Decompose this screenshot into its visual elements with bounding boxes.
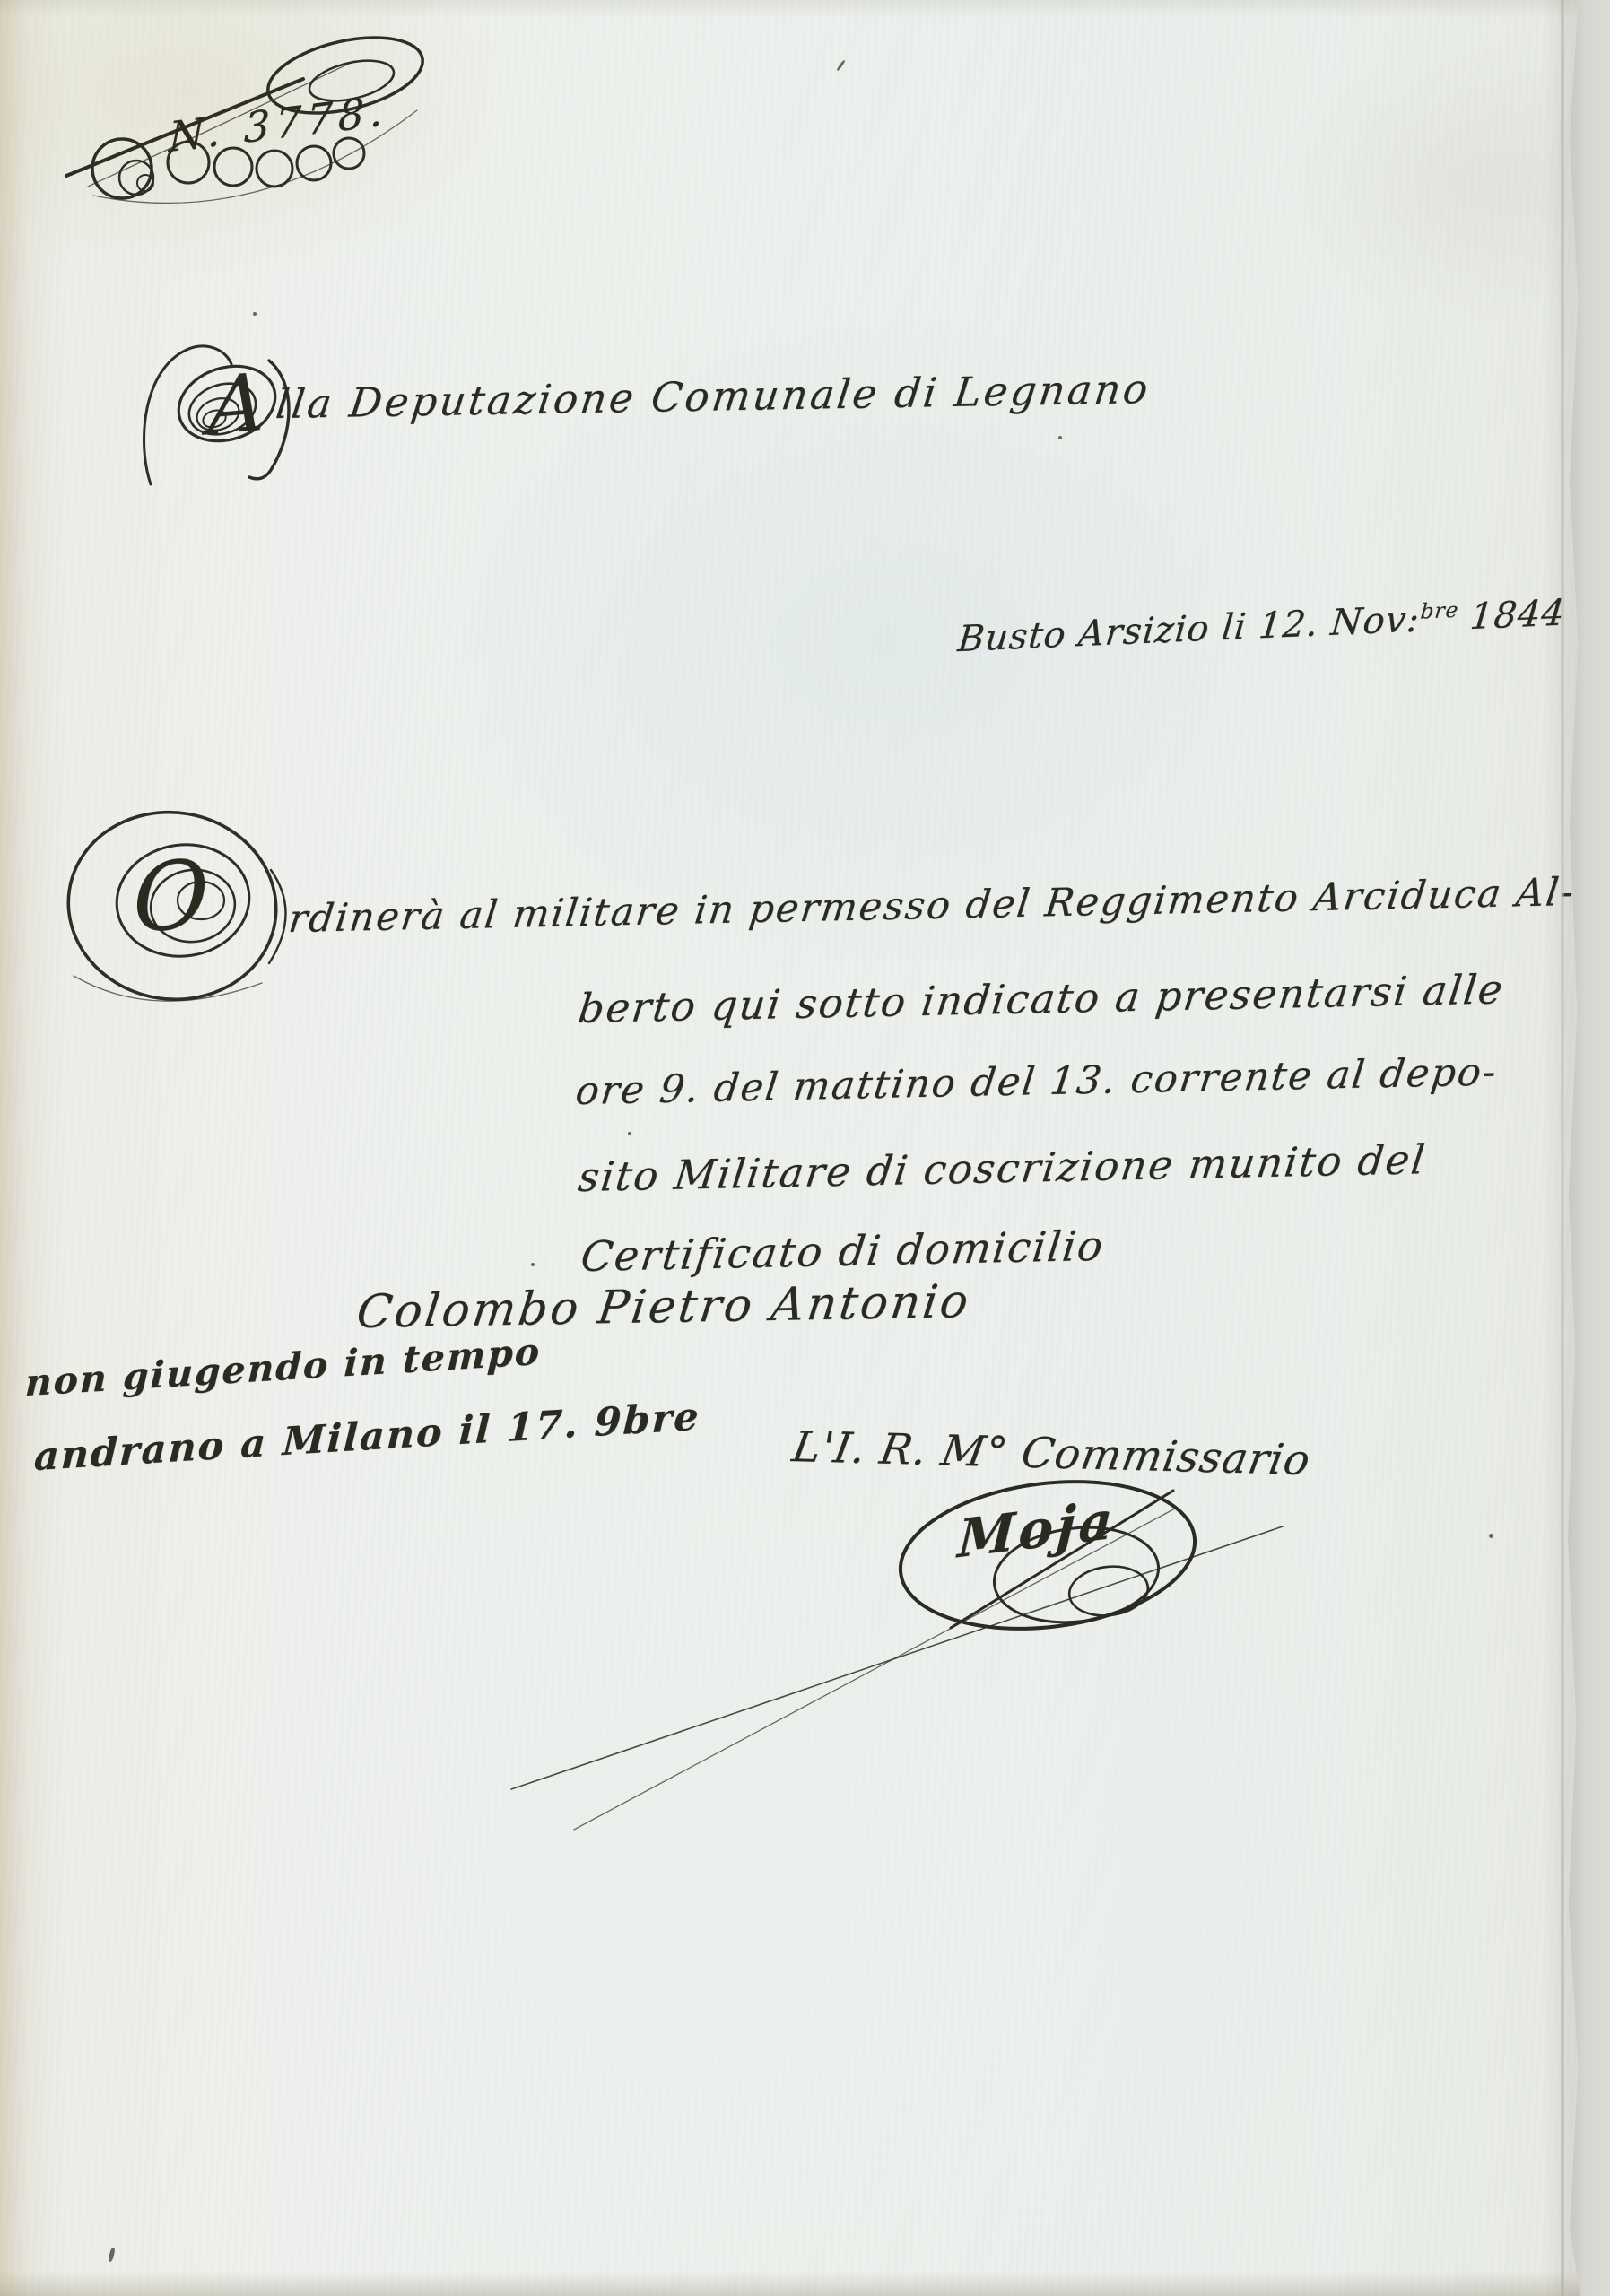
ink-speck bbox=[1058, 436, 1062, 439]
ink-speck bbox=[1489, 1534, 1493, 1538]
manuscript-page: N. 3778. A lla Deputazione Comunale di L… bbox=[0, 0, 1610, 2296]
dateline: Busto Arsizio li 12. Nov:bre 1844 bbox=[956, 592, 1567, 660]
dateline-month-suffix: bre bbox=[1419, 598, 1459, 624]
salutation-initial-letter: A bbox=[207, 355, 265, 453]
ink-speck bbox=[253, 312, 257, 316]
ink-speck bbox=[628, 1132, 631, 1135]
margin-note-line: non giugendo in tempo bbox=[24, 1330, 542, 1405]
margin-note-line: andrano a Milano il 17. 9bre bbox=[33, 1394, 701, 1480]
paper-edge-shadow bbox=[1561, 0, 1564, 2296]
body-line: sito Militare di coscrizione munito del bbox=[576, 1135, 1429, 1201]
ink-speck bbox=[108, 2248, 116, 2263]
body-line: berto qui sotto indicato a presentarsi a… bbox=[576, 965, 1507, 1032]
body-line: rdinerà al militare in permesso del Regg… bbox=[286, 870, 1578, 942]
ink-speck bbox=[531, 1263, 535, 1266]
paper-torn-edge bbox=[1564, 0, 1610, 2296]
body-initial-letter: O bbox=[132, 838, 210, 954]
signature-flourish bbox=[493, 1469, 1354, 1855]
subject-name: Colombo Pietro Antonio bbox=[353, 1275, 973, 1339]
body-line: Certificato di domicilio bbox=[579, 1222, 1108, 1281]
dateline-year: 1844 bbox=[1456, 592, 1567, 638]
dateline-place-day: Busto Arsizio li 12. Nov: bbox=[956, 598, 1422, 660]
body-line: ore 9. del mattino del 13. corrente al d… bbox=[573, 1049, 1500, 1114]
ink-speck bbox=[836, 59, 845, 71]
salutation-line: lla Deputazione Comunale di Legnano bbox=[274, 365, 1153, 428]
